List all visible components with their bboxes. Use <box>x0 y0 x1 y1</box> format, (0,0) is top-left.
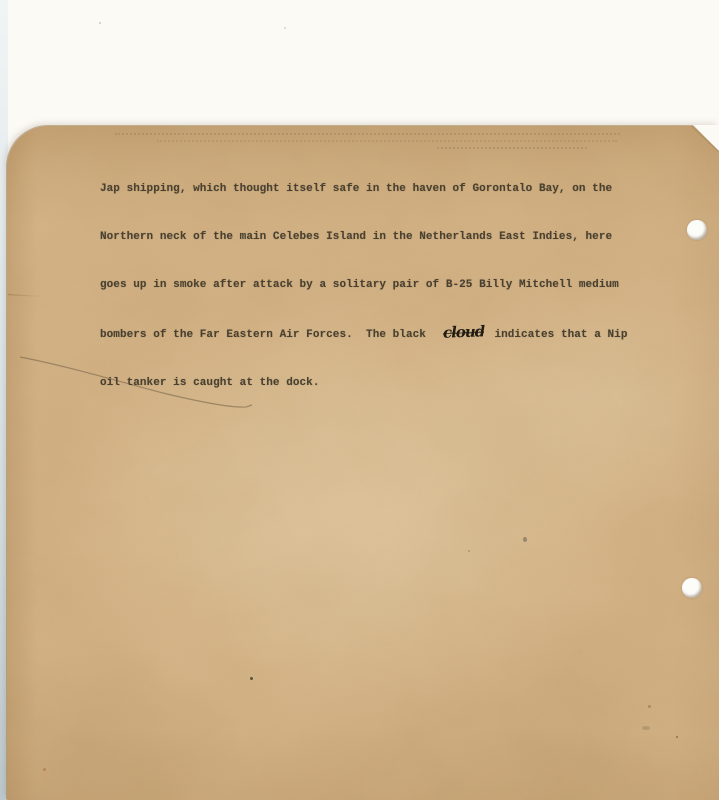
caption-line-3: goes up in smoke after attack by a solit… <box>100 277 627 293</box>
ghost-type-offset-marks <box>115 133 620 135</box>
handwritten-correction: cloud <box>442 324 484 339</box>
paper-speck <box>676 736 678 738</box>
punch-hole-bottom <box>682 578 702 598</box>
paper-speck <box>648 705 651 708</box>
paper-speck <box>43 768 46 771</box>
caption-line-4-before: bombers of the Far Eastern Air Forces. T… <box>100 329 433 341</box>
album-page-sheet: Jap shipping, which thought itself safe … <box>7 126 719 800</box>
paper-speck <box>523 537 527 542</box>
caption-line-2: Northern neck of the main Celebes Island… <box>100 229 627 245</box>
edge-crease <box>8 294 42 297</box>
caption-line-1: Jap shipping, which thought itself safe … <box>100 181 627 197</box>
punch-hole-top <box>687 220 707 240</box>
scanned-album-page: Jap shipping, which thought itself safe … <box>0 0 719 800</box>
typed-caption: Jap shipping, which thought itself safe … <box>100 149 627 423</box>
ghost-type-offset-marks <box>157 140 617 142</box>
paper-smudge <box>642 726 650 730</box>
dust-speck <box>99 22 101 24</box>
dust-speck <box>284 27 286 29</box>
paper-speck <box>468 550 470 552</box>
paper-speck <box>250 677 253 680</box>
caption-line-4-after: indicates that a Nip <box>488 329 628 341</box>
caption-line-4: bombers of the Far Eastern Air Forces. T… <box>100 325 627 343</box>
caption-line-5: oil tanker is caught at the dock. <box>100 375 627 391</box>
